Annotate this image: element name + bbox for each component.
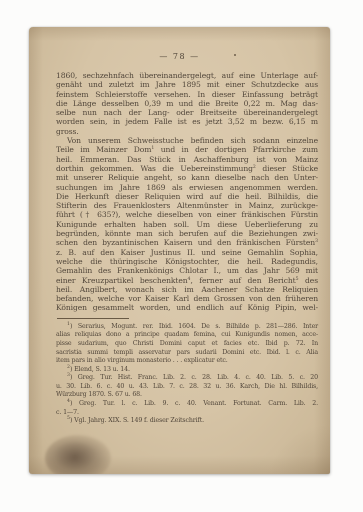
footnote-ref: 5: [296, 277, 299, 282]
footnote: 2) Elend, S. 13 u. 14.: [56, 366, 318, 375]
footnotes: 1) Serarius, Mogunt. rer. Ibid. 1604. De…: [56, 323, 318, 426]
body-text: 1860, sechzehnfach übereinandergelegt, a…: [56, 71, 318, 313]
text-line: Von unserem Schweisstuche befinden sich …: [56, 136, 318, 145]
text-line: sacristia summi templi asservatur pars s…: [56, 349, 318, 358]
footnote-ref: 1: [151, 146, 154, 151]
text-line: die Länge desselben 0,39 m und die Breit…: [56, 99, 318, 108]
text-line: suchungen im Jahre 1869 als erwiesen ang…: [56, 183, 318, 192]
paragraph: 1860, sechzehnfach übereinandergelegt, a…: [56, 71, 318, 136]
text-line: Königen gesammelt worden, und endlich au…: [56, 303, 318, 312]
text-line: Kunigunde erhalten haben soll. Um diese …: [56, 220, 318, 229]
text-line: welche die thüringische Königstochter, d…: [56, 257, 318, 266]
text-line: u. 30. Lib. 6. c. 40 u. 43. Lib. 7. c. 2…: [56, 383, 318, 392]
text-line: pisse sudarium, quo Christi Domini caput…: [56, 340, 318, 349]
text-line: feinstem Schleierstoffe versehen. In die…: [56, 90, 318, 99]
text-line: schen den byzantinischen Kaisern und den…: [56, 238, 318, 247]
text-line: Teile im Mainzer Dom1 und in der dortige…: [56, 145, 318, 154]
footnote-ref: 4: [188, 277, 191, 282]
text-line: Gemahlin des Frankenkönigs Chlotar I., u…: [56, 266, 318, 275]
text-line: einer Kreuzpartikel beschenkten4, ferner…: [56, 276, 318, 285]
text-line: selbe nun nach der Lang- oder Breitseite…: [56, 108, 318, 117]
text-line: z. B. auf den Kaiser Justinus II. und se…: [56, 248, 318, 257]
text-line: Die Herkunft dieser Reliquien wird auf d…: [56, 192, 318, 201]
text-line: 1860, sechzehnfach übereinandergelegt, a…: [56, 71, 318, 80]
paragraph: Von unserem Schweisstuche befinden sich …: [56, 136, 318, 313]
text-line: heil. Angilbert, wonach sich im Aachener…: [56, 285, 318, 294]
text-line: begründen, könnte man sich berufen auf d…: [56, 229, 318, 238]
text-line: worden sein, in jedem Falle ist es jetzt…: [56, 117, 318, 126]
text-line: 1) Serarius, Mogunt. rer. Ibid. 1604. De…: [56, 323, 318, 332]
footnote-ref: 2: [253, 165, 256, 170]
text-line: 4) Greg. Tur. l. c. Lib. 9. c. 40. Venan…: [56, 400, 318, 409]
footnote: 3) Greg. Tur. Hist. Franc. Lib. 2. c. 28…: [56, 374, 318, 400]
footnote-ref: 4: [67, 399, 70, 404]
footnote-ref: 2: [67, 365, 70, 370]
footnote-ref: 1: [67, 322, 70, 327]
footnote-ref: 3: [67, 373, 70, 378]
text-column: 1860, sechzehnfach übereinandergelegt, a…: [56, 71, 318, 426]
text-line: genäht und zuletzt im Jahre 1895 mit ein…: [56, 80, 318, 89]
text-line: item pars in alio virginum monasterio . …: [56, 357, 318, 366]
text-line: c. 1—7.: [56, 409, 318, 418]
text-line: befanden, welche vor Kaiser Karl dem Gro…: [56, 294, 318, 303]
page-corner-shading: [270, 424, 330, 474]
screenshot-stage: — 78 — 1860, sechzehnfach übereinanderge…: [0, 0, 363, 512]
text-line: führt († 635?), welche dieselben von ein…: [56, 210, 318, 219]
footnote-ref: 5: [67, 416, 70, 421]
text-line: alias reliquias dono a principe quadam f…: [56, 331, 318, 340]
text-line: 2) Elend, S. 13 u. 14.: [56, 366, 318, 375]
page-number: — 78 —: [29, 52, 330, 61]
scanned-page: — 78 — 1860, sechzehnfach übereinanderge…: [29, 27, 330, 474]
text-line: gross.: [56, 127, 318, 136]
ink-stain: [45, 435, 111, 474]
text-line: mit unserer Reliquie angeht, so kann die…: [56, 173, 318, 182]
text-line: heil. Emmeran. Das Stück in Aschaffenbur…: [56, 155, 318, 164]
footnote-ref: 3: [315, 239, 318, 244]
footnote: 4) Greg. Tur. l. c. Lib. 9. c. 40. Venan…: [56, 400, 318, 417]
footnote-separator: [57, 318, 129, 319]
text-line: dorthin gekommen. Was die Uebereinstimmu…: [56, 164, 318, 173]
text-line: Würzburg 1870. S. 67 u. 68.: [56, 391, 318, 400]
text-line: Stifterin des Frauenklosters Altenmünste…: [56, 201, 318, 210]
text-line: 3) Greg. Tur. Hist. Franc. Lib. 2. c. 28…: [56, 374, 318, 383]
footnote: 1) Serarius, Mogunt. rer. Ibid. 1604. De…: [56, 323, 318, 366]
